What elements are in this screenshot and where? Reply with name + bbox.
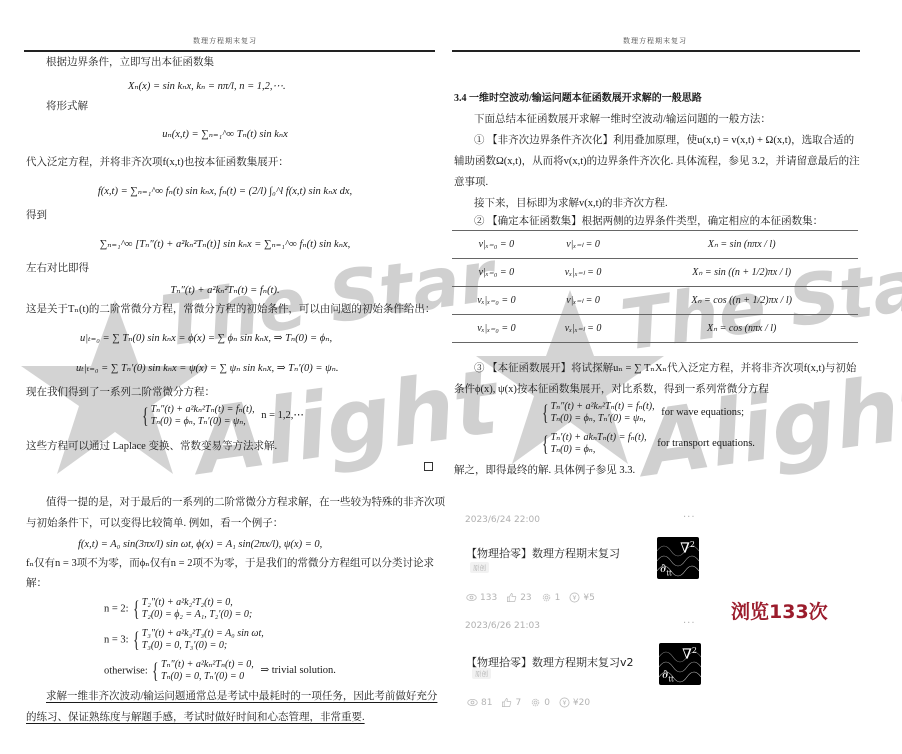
qed-box bbox=[424, 462, 433, 471]
table-cell: v|ₓ₌ₗ = 0 bbox=[541, 231, 626, 259]
thumbs-up-icon bbox=[506, 592, 517, 603]
reward-stat[interactable]: ¥5 bbox=[569, 592, 594, 603]
table-cell: Xₙ = cos ((n + 1/2)πx / l) bbox=[625, 287, 858, 315]
paragraph: ③ 【本征函数展开】将试探解uₙ = ∑ TₙXₙ代入泛定方程，并将非齐次项f(… bbox=[474, 362, 856, 376]
original-tag: 原创 bbox=[472, 668, 491, 679]
table-row: v|ₓ₌₀ = 0 vₓ|ₓ₌ₗ = 0 Xₙ = sin ((n + 1/2)… bbox=[452, 259, 858, 287]
post-title[interactable]: 【物理拾零】数理方程期末复习v2 bbox=[466, 654, 634, 670]
equation: f(x,t) = A₀ sin(3πx/l) sin ωt, ϕ(x) = A₁… bbox=[78, 539, 322, 550]
right-page: 数理方程期末复习 3.4 一维时空波动/输运问题本征函数展开求解的一般思路 下面… bbox=[450, 0, 902, 754]
underlined-paragraph: 的练习、保证熟练度与解题手感，考试时做好时间和心态管理，非常重要. bbox=[26, 711, 365, 725]
eigenfunction-table: v|ₓ₌₀ = 0 v|ₓ₌ₗ = 0 Xₙ = sin (nπx / l) v… bbox=[452, 230, 858, 343]
original-tag: 原创 bbox=[470, 562, 489, 573]
post-thumbnail[interactable]: ∇2 ∂tt bbox=[659, 643, 701, 685]
collects-stat[interactable]: 0 bbox=[530, 697, 550, 708]
section-title: 3.4 一维时空波动/输运问题本征函数展开求解的一般思路 bbox=[454, 92, 702, 106]
nabla-symbol: ∇2 bbox=[682, 646, 697, 663]
table-cell: Xₙ = sin (nπx / l) bbox=[625, 231, 858, 259]
paragraph: 左右对比即得 bbox=[26, 262, 89, 276]
more-options-icon[interactable]: ··· bbox=[683, 618, 696, 629]
table-row: v|ₓ₌₀ = 0 v|ₓ₌ₗ = 0 Xₙ = sin (nπx / l) bbox=[452, 231, 858, 259]
paragraph: ① 【非齐次边界条件齐次化】利用叠加原理，使u(x,t) = v(x,t) + … bbox=[474, 134, 854, 148]
case-n3: n = 3: {T₃″(t) + a²k₃²T₃(t) = A₀ sin ωt,… bbox=[104, 628, 264, 652]
equation: ∑ₙ₌₁^∞ [Tₙ″(t) + a²kₙ²Tₙ(t)] sin kₙx = ∑… bbox=[0, 238, 450, 250]
eye-icon bbox=[466, 592, 477, 603]
equation: uₜ|ₜ₌₀ = ∑ Tₙ′(0) sin kₙx = ψ(x) = ∑ ψₙ … bbox=[76, 362, 339, 374]
equation: Tₙ″(t) + a²kₙ²Tₙ(t) = fₙ(t). bbox=[0, 284, 450, 296]
likes-stat[interactable]: 23 bbox=[506, 592, 531, 603]
table-cell: vₓ|ₓ₌₀ = 0 bbox=[452, 315, 541, 343]
likes-stat[interactable]: 7 bbox=[501, 697, 521, 708]
transport-system: {Tₙ′(t) + akₙTₙ(t) = fₙ(t),Tₙ(0) = ϕₙ, f… bbox=[540, 432, 755, 456]
paragraph: 接下来，目标即为求解v(x,t)的非齐次方程. bbox=[474, 197, 668, 211]
equation: uₙ(x,t) = ∑ₙ₌₁^∞ Tₙ(t) sin kₙx bbox=[0, 128, 450, 140]
post-stats: 81 7 0 ¥20 bbox=[467, 697, 590, 708]
table-cell: v|ₓ₌ₗ = 0 bbox=[541, 287, 626, 315]
case-otherwise: otherwise: {Tₙ″(t) + a²kₙ²Tₙ(t) = 0,Tₙ(0… bbox=[104, 659, 336, 683]
table-cell: Xₙ = cos (nπx / l) bbox=[625, 315, 858, 343]
paragraph: 解： bbox=[26, 577, 47, 591]
table-cell: Xₙ = sin ((n + 1/2)πx / l) bbox=[625, 259, 858, 287]
equation: Xₙ(x) = sin kₙx, kₙ = nπ/l, n = 1,2,⋯. bbox=[128, 80, 286, 92]
reward-stat[interactable]: ¥20 bbox=[559, 697, 590, 708]
nabla-symbol: ∇2 bbox=[680, 540, 695, 557]
gear-icon bbox=[541, 592, 552, 603]
paragraph: 根据边界条件，立即写出本征函数集 bbox=[46, 56, 214, 70]
table-cell: vₓ|ₓ₌₀ = 0 bbox=[452, 287, 541, 315]
post-title[interactable]: 【物理拾零】数理方程期末复习 bbox=[466, 545, 620, 561]
collects-stat[interactable]: 1 bbox=[541, 592, 561, 603]
paragraph: 现在我们得到了一系列二阶常微分方程： bbox=[26, 386, 215, 400]
paragraph: 将形式解 bbox=[46, 100, 88, 114]
post-date: 2023/6/26 21:03 bbox=[465, 621, 540, 631]
running-header: 数理方程期末复习 bbox=[0, 36, 450, 46]
header-rule bbox=[24, 50, 435, 52]
paragraph: 值得一提的是，对于最后的一系列的二阶常微分方程求解，在一些较为特殊的非齐次项 bbox=[46, 496, 445, 510]
left-page: 数理方程期末复习 根据边界条件，立即写出本征函数集 Xₙ(x) = sin kₙ… bbox=[0, 0, 450, 754]
wave-system: {Tₙ″(t) + a²kₙ²Tₙ(t) = fₙ(t),Tₙ(0) = ϕₙ,… bbox=[540, 401, 744, 425]
more-options-icon[interactable]: ··· bbox=[683, 512, 696, 523]
table-cell: vₓ|ₓ₌ₗ = 0 bbox=[541, 259, 626, 287]
yen-coin-icon bbox=[559, 697, 570, 708]
paragraph: ② 【确定本征函数集】根据两侧的边界条件类型，确定相应的本征函数集： bbox=[474, 215, 823, 229]
table-cell: v|ₓ₌₀ = 0 bbox=[452, 259, 541, 287]
table-row: vₓ|ₓ₌₀ = 0 v|ₓ₌ₗ = 0 Xₙ = cos ((n + 1/2)… bbox=[452, 287, 858, 315]
case-n2: n = 2: {T₂″(t) + a²k₂²T₂(t) = 0,T₂(0) = … bbox=[104, 597, 252, 621]
paragraph: 代入泛定方程，并将非齐次项f(x,t)也按本征函数集展开： bbox=[26, 156, 289, 170]
post-stats: 133 23 1 ¥5 bbox=[466, 592, 595, 603]
paragraph: 这些方程可以通过 Laplace 变换、常数变易等方法求解. bbox=[26, 440, 277, 454]
paragraph: 得到 bbox=[26, 209, 47, 223]
eye-icon bbox=[467, 697, 478, 708]
post-date: 2023/6/24 22:00 bbox=[465, 515, 540, 525]
thumbs-up-icon bbox=[501, 697, 512, 708]
paragraph: 辅助函数Ω(x,t)，从而将v(x,t)的边界条件齐次化. 具体流程，参见 3.… bbox=[454, 155, 860, 169]
equation: f(x,t) = ∑ₙ₌₁^∞ fₙ(t) sin kₙx, fₙ(t) = (… bbox=[0, 185, 450, 197]
views-stat: 133 bbox=[466, 592, 497, 603]
paragraph: 这是关于Tₙ(t)的二阶常微分方程，常微分方程的初始条件，可以由问题的初始条件给… bbox=[26, 303, 435, 317]
paragraph: 解之，即得最终的解. 具体例子参见 3.3. bbox=[454, 464, 635, 478]
post-thumbnail[interactable]: ∇2 ∂tt bbox=[657, 537, 699, 579]
paragraph: 下面总结本征函数展开求解一维时空波动/输运问题的一般方法： bbox=[474, 113, 771, 127]
table-cell: vₓ|ₓ₌ₗ = 0 bbox=[541, 315, 626, 343]
equation-system: {Tₙ″(t) + a²kₙ²Tₙ(t) = fₙ(t),Tₙ(0) = ϕₙ,… bbox=[140, 404, 304, 428]
views-stat: 81 bbox=[467, 697, 492, 708]
running-header: 数理方程期末复习 bbox=[450, 36, 860, 46]
underlined-paragraph: 求解一维非齐次波动/输运问题通常总是考试中最耗时的一项任务，因此考前做好充分 bbox=[46, 690, 437, 704]
partial-symbol: ∂tt bbox=[660, 561, 672, 577]
views-annotation: 浏览133次 bbox=[731, 597, 828, 624]
paragraph: 条件ϕ(x), ψ(x)按本征函数集展开，对比系数，得到一系列常微分方程 bbox=[454, 383, 769, 397]
yen-coin-icon bbox=[569, 592, 580, 603]
equation: u|ₜ₌₀ = ∑ Tₙ(0) sin kₙx = ϕ(x) = ∑ ϕₙ si… bbox=[80, 332, 332, 344]
partial-symbol: ∂tt bbox=[662, 667, 674, 683]
gear-icon bbox=[530, 697, 541, 708]
paragraph: fₙ仅有n = 3项不为零，而ϕₙ仅有n = 2项不为零，于是我们的常微分方程组… bbox=[26, 557, 434, 571]
paragraph: 意事项. bbox=[454, 176, 488, 190]
paragraph: 与初始条件下，可以变得比较简单. 例如，看一个例子： bbox=[26, 517, 283, 531]
header-rule bbox=[452, 50, 860, 52]
table-row: vₓ|ₓ₌₀ = 0 vₓ|ₓ₌ₗ = 0 Xₙ = cos (nπx / l) bbox=[452, 315, 858, 343]
table-cell: v|ₓ₌₀ = 0 bbox=[452, 231, 541, 259]
